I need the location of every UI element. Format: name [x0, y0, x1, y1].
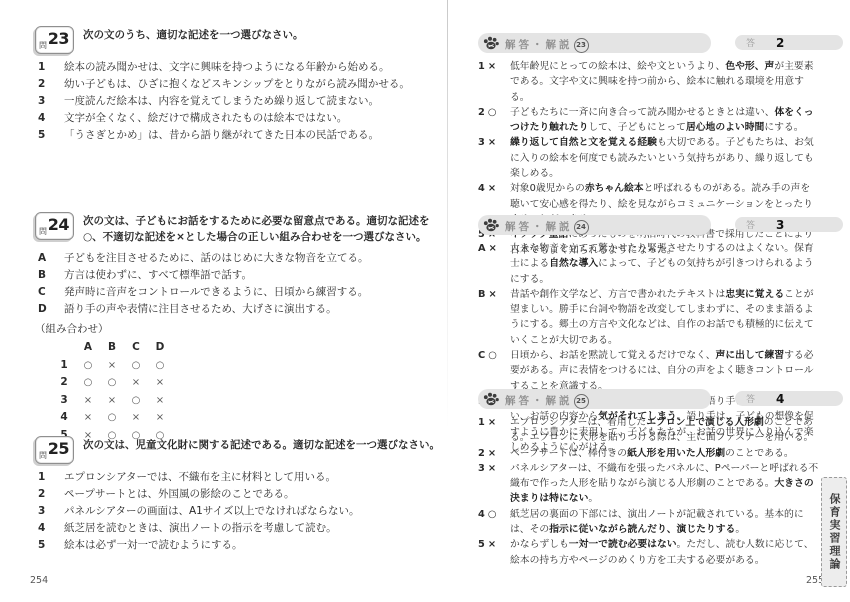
chapter-tab: 保育実習理論 [821, 477, 847, 587]
option-text: 「うさぎとかめ」は、昔から語り継がれてきた日本の民話である。 [64, 127, 447, 144]
question-option: 2ペープサートとは、外国風の影絵のことである。 [35, 486, 447, 503]
question-block-23: 問 23 次の文のうち、適切な記述を一つ選びなさい。 1絵本の読み聞かせは、文字… [35, 26, 447, 144]
explanation-item-number: 4 [478, 509, 485, 520]
explanation-item-mark: × [489, 243, 497, 254]
question-number: 23 [48, 29, 69, 48]
explanation-item-label: C○ [478, 348, 510, 394]
explanation-item-number: 5 [478, 539, 485, 550]
explanation-item-text: 低年齢児にとっての絵本は、絵や文というより、色や形、声が主要素である。文字や文に… [510, 59, 819, 105]
explanation-item-label: 3× [478, 135, 510, 181]
explanation-item-label: 4○ [478, 507, 510, 538]
explanation-item-mark: × [488, 448, 496, 459]
statement-text: 子どもを注目させるために、話のはじめに大きな物音を立てる。 [64, 250, 447, 267]
paw-icon [482, 216, 500, 234]
option-text: 一度読んだ絵本は、内容を覚えてしまうため繰り返して読まない。 [64, 93, 447, 110]
explanation-item-mark: ○ [488, 509, 497, 520]
combo-mark: × [76, 409, 100, 427]
option-number: 4 [35, 520, 64, 537]
option-number: 3 [35, 503, 64, 520]
combo-row: 2○○×× [35, 374, 447, 392]
option-number: 4 [35, 110, 64, 127]
statement-text: 発声時に音声をコントロールできるように、日頃から練習する。 [64, 284, 447, 301]
statement-letter: A [35, 250, 64, 267]
combo-mark: ○ [100, 409, 124, 427]
combo-header-row: ABCD [35, 339, 447, 357]
explanation-item-mark: × [488, 463, 496, 474]
question-number-badge: 問 24 [35, 212, 74, 240]
explanation-item-number: C [478, 350, 485, 361]
explanation-item-number: 2 [478, 107, 485, 118]
answer-section-25: 解答・解説25 答 4 1×エプロンシアターは、着用したエプロン上で演じる人形劇… [478, 389, 819, 568]
combo-mark: ○ [124, 357, 148, 375]
answer-header: 解答・解説23 答 2 [478, 33, 819, 55]
option-text: ペープサートとは、外国風の影絵のことである。 [64, 486, 447, 503]
explanation-item-mark: ○ [488, 350, 497, 361]
explanation-item-mark: × [488, 137, 496, 148]
question-number-badge: 問 25 [35, 436, 74, 464]
explanation-item-text: 紙芝居の裏面の下部には、演出ノートが記載されている。基本的には、その指示に従いな… [510, 507, 819, 538]
question-option: 2幼い子どもは、ひざに抱くなどスキンシップをとりながら読み聞かせる。 [35, 76, 447, 93]
combo-label: （組み合わせ） [35, 321, 447, 338]
option-text: 絵本は必ず一対一で読むようにする。 [64, 537, 447, 554]
option-list: 1エプロンシアターでは、不織布を主に材料として用いる。2ペープサートとは、外国風… [35, 469, 447, 554]
question-stem: 次の文は、児童文化財に関する記述である。適切な記述を一つ選びなさい。 [83, 436, 447, 454]
explanation-item-label: 3× [478, 461, 510, 507]
answer-header-bar: 解答・解説25 [478, 389, 711, 409]
question-block-25: 問 25 次の文は、児童文化財に関する記述である。適切な記述を一つ選びなさい。 … [35, 436, 447, 554]
question-option: 4文字が全くなく、絵だけで構成されたものは絵本ではない。 [35, 110, 447, 127]
explanation-item-text: 大きな物音を立てて驚かせたり緊張させたりするのはよくない。保育士による自然な導入… [510, 241, 819, 287]
statement-text: 語り手の声や表情に注目させるため、大げさに演出する。 [64, 301, 447, 318]
explanation-item-text: パネルシアターは、不織布を張ったパネルに、Pペーパーと呼ばれる不織布で作った人形… [510, 461, 819, 507]
option-text: 幼い子どもは、ひざに抱くなどスキンシップをとりながら読み聞かせる。 [64, 76, 447, 93]
combo-mark: × [148, 374, 172, 392]
question-option: 1エプロンシアターでは、不織布を主に材料として用いる。 [35, 469, 447, 486]
combo-mark: ○ [148, 357, 172, 375]
question-statement: B方言は使わずに、すべて標準語で話す。 [35, 267, 447, 284]
option-list: 1絵本の読み聞かせは、文字に興味を持つようになる年齢から始める。2幼い子どもは、… [35, 59, 447, 144]
option-text: パネルシアターの画面は、A1サイズ以上でなければならない。 [64, 503, 447, 520]
explanation-list: 1×エプロンシアターは、着用したエプロン上で演じる人形劇のことである。エプロンに… [478, 415, 819, 568]
question-stem: 次の文は、子どもにお話をするために必要な留意点である。適切な記述を○、不適切な記… [83, 212, 447, 245]
question-number: 25 [48, 439, 69, 458]
question-head: 問 25 次の文は、児童文化財に関する記述である。適切な記述を一つ選びなさい。 [35, 436, 447, 464]
combo-header-spacer [52, 339, 76, 357]
circled-question-number: 23 [574, 38, 589, 53]
question-number: 24 [48, 215, 69, 234]
explanation-item-number: A [478, 243, 486, 254]
combo-mark: ○ [124, 392, 148, 410]
page-number-left: 254 [30, 575, 48, 586]
combo-mark: × [100, 392, 124, 410]
combo-table: ABCD1○×○○2○○××3××○×4×○××5×○○○ [35, 339, 447, 444]
statement-list: A子どもを注目させるために、話のはじめに大きな物音を立てる。B方言は使わずに、す… [35, 250, 447, 318]
question-option: 5絵本は必ず一対一で読むようにする。 [35, 537, 447, 554]
question-head: 問 23 次の文のうち、適切な記述を一つ選びなさい。 [35, 26, 447, 54]
question-statement: D語り手の声や表情に注目させるため、大げさに演出する。 [35, 301, 447, 318]
question-statement: A子どもを注目させるために、話のはじめに大きな物音を立てる。 [35, 250, 447, 267]
combo-row-number: 2 [52, 374, 76, 392]
question-head: 問 24 次の文は、子どもにお話をするために必要な留意点である。適切な記述を○、… [35, 212, 447, 245]
combo-mark: × [124, 374, 148, 392]
explanation-item: 4○紙芝居の裏面の下部には、演出ノートが記載されている。基本的には、その指示に従… [478, 507, 819, 538]
question-option: 3パネルシアターの画面は、A1サイズ以上でなければならない。 [35, 503, 447, 520]
question-prefix: 問 [39, 40, 47, 51]
combo-row-number: 3 [52, 392, 76, 410]
option-number: 1 [35, 469, 64, 486]
explanation-item-text: エプロンシアターは、着用したエプロン上で演じる人形劇のことである。エプロンに人形… [510, 415, 819, 446]
explanation-item-text: 子どもたちに一斉に向き合って読み聞かせるときとは違い、体をくっつけたり触れたりし… [510, 105, 819, 136]
explanation-item-text: 日頃から、お話を黙読して覚えるだけでなく、声に出して練習する必要がある。声に表情… [510, 348, 819, 394]
option-number: 2 [35, 76, 64, 93]
option-number: 5 [35, 537, 64, 554]
combo-mark: × [76, 392, 100, 410]
answer-header: 解答・解説25 答 4 [478, 389, 819, 411]
explanation-item-number: 3 [478, 137, 485, 148]
question-option: 1絵本の読み聞かせは、文字に興味を持つようになる年齢から始める。 [35, 59, 447, 76]
combo-mark: ○ [100, 374, 124, 392]
explanation-item: 2○子どもたちに一斉に向き合って読み聞かせるときとは違い、体をくっつけたり触れた… [478, 105, 819, 136]
question-option: 5「うさぎとかめ」は、昔から語り継がれてきた日本の民話である。 [35, 127, 447, 144]
explanation-item: 3×パネルシアターは、不織布を張ったパネルに、Pペーパーと呼ばれる不織布で作った… [478, 461, 819, 507]
option-number: 3 [35, 93, 64, 110]
explanation-item-mark: ○ [488, 107, 497, 118]
combo-header-letter: C [124, 339, 148, 357]
combo-mark: ○ [76, 357, 100, 375]
explanation-item-number: 1 [478, 61, 485, 72]
explanation-item: 1×エプロンシアターは、着用したエプロン上で演じる人形劇のことである。エプロンに… [478, 415, 819, 446]
explanation-item: 1×低年齢児にとっての絵本は、絵や文というより、色や形、声が主要素である。文字や… [478, 59, 819, 105]
explanation-item-label: 2× [478, 446, 510, 461]
explanation-item-text: ペープサートは、棒付きの紙人形を用いた人形劇のことである。 [510, 446, 819, 461]
explanation-item-mark: × [488, 289, 496, 300]
question-prefix: 問 [39, 450, 47, 461]
explanation-item: B×昔話や創作文学など、方言で書かれたテキストは忠実に覚えることが望ましい。勝手… [478, 287, 819, 348]
option-text: エプロンシアターでは、不織布を主に材料として用いる。 [64, 469, 447, 486]
combo-header-letter: B [100, 339, 124, 357]
combo-row-number: 1 [52, 357, 76, 375]
explanation-item: C○日頃から、お話を黙読して覚えるだけでなく、声に出して練習する必要がある。声に… [478, 348, 819, 394]
explanation-item-label: 2○ [478, 105, 510, 136]
question-block-24: 問 24 次の文は、子どもにお話をするために必要な留意点である。適切な記述を○、… [35, 212, 447, 444]
explanation-item-label: 5× [478, 537, 510, 568]
question-option: 4紙芝居を読むときは、演出ノートの指示を考慮して読む。 [35, 520, 447, 537]
explanation-item-label: B× [478, 287, 510, 348]
explanation-item: A×大きな物音を立てて驚かせたり緊張させたりするのはよくない。保育士による自然な… [478, 241, 819, 287]
chapter-tab-label: 保育実習理論 [826, 493, 842, 571]
answer-header-bar: 解答・解説24 [478, 215, 711, 235]
explanation-item-label: 1× [478, 415, 510, 446]
answer-pill: 答 2 [735, 35, 843, 50]
question-stem: 次の文のうち、適切な記述を一つ選びなさい。 [83, 26, 447, 44]
statement-text: 方言は使わずに、すべて標準語で話す。 [64, 267, 447, 284]
answer-header-title: 解答・解説23 [505, 37, 589, 53]
explanation-item-number: 3 [478, 463, 485, 474]
combo-mark: × [124, 409, 148, 427]
circled-question-number: 24 [574, 220, 589, 235]
explanation-item-text: 繰り返して自然と文を覚える経験も大切である。子どもたちは、お気に入りの絵本を何度… [510, 135, 819, 181]
explanation-item-label: A× [478, 241, 510, 287]
answer-value: 3 [776, 218, 784, 232]
explanation-item-mark: × [488, 183, 496, 194]
explanation-item-number: B [478, 289, 485, 300]
explanation-item-number: 1 [478, 417, 485, 428]
answer-label: 答 [746, 392, 755, 405]
answer-header-title: 解答・解説25 [505, 393, 589, 409]
question-number-badge: 問 23 [35, 26, 74, 54]
answer-value: 4 [776, 392, 784, 406]
combo-row: 1○×○○ [35, 357, 447, 375]
option-number: 5 [35, 127, 64, 144]
question-option: 3一度読んだ絵本は、内容を覚えてしまうため繰り返して読まない。 [35, 93, 447, 110]
explanation-item-number: 2 [478, 448, 485, 459]
paw-icon [482, 34, 500, 52]
combo-row-number: 4 [52, 409, 76, 427]
combo-header-letter: A [76, 339, 100, 357]
book-spine-divider [447, 0, 448, 430]
answer-header-bar: 解答・解説23 [478, 33, 711, 53]
option-number: 2 [35, 486, 64, 503]
statement-letter: B [35, 267, 64, 284]
explanation-item-text: かならずしも一対一で読む必要はない。ただし、読む人数に応じて、絵本の持ち方やペー… [510, 537, 819, 568]
explanation-item-number: 4 [478, 183, 485, 194]
option-number: 1 [35, 59, 64, 76]
explanation-item-mark: × [488, 61, 496, 72]
paw-icon [482, 390, 500, 408]
combo-mark: ○ [76, 374, 100, 392]
combo-mark: × [148, 392, 172, 410]
answer-label: 答 [746, 36, 755, 49]
question-prefix: 問 [39, 226, 47, 237]
explanation-item-mark: × [488, 417, 496, 428]
explanation-item: 5×かならずしも一対一で読む必要はない。ただし、読む人数に応じて、絵本の持ち方や… [478, 537, 819, 568]
answer-pill: 答 3 [735, 217, 843, 232]
combo-row: 4×○×× [35, 409, 447, 427]
answer-header: 解答・解説24 答 3 [478, 215, 819, 237]
statement-letter: C [35, 284, 64, 301]
option-text: 絵本の読み聞かせは、文字に興味を持つようになる年齢から始める。 [64, 59, 447, 76]
combo-header-letter: D [148, 339, 172, 357]
answer-label: 答 [746, 218, 755, 231]
combo-row: 3××○× [35, 392, 447, 410]
answer-pill: 答 4 [735, 391, 843, 406]
option-text: 文字が全くなく、絵だけで構成されたものは絵本ではない。 [64, 110, 447, 127]
option-text: 紙芝居を読むときは、演出ノートの指示を考慮して読む。 [64, 520, 447, 537]
explanation-item-label: 1× [478, 59, 510, 105]
explanation-item-mark: × [488, 539, 496, 550]
combo-mark: × [148, 409, 172, 427]
question-statement: C発声時に音声をコントロールできるように、日頃から練習する。 [35, 284, 447, 301]
combo-mark: × [100, 357, 124, 375]
statement-letter: D [35, 301, 64, 318]
explanation-item-text: 昔話や創作文学など、方言で書かれたテキストは忠実に覚えることが望ましい。勝手に台… [510, 287, 819, 348]
circled-question-number: 25 [574, 394, 589, 409]
explanation-item: 2×ペープサートは、棒付きの紙人形を用いた人形劇のことである。 [478, 446, 819, 461]
explanation-item: 3×繰り返して自然と文を覚える経験も大切である。子どもたちは、お気に入りの絵本を… [478, 135, 819, 181]
answer-value: 2 [776, 36, 784, 50]
answer-header-title: 解答・解説24 [505, 219, 589, 235]
